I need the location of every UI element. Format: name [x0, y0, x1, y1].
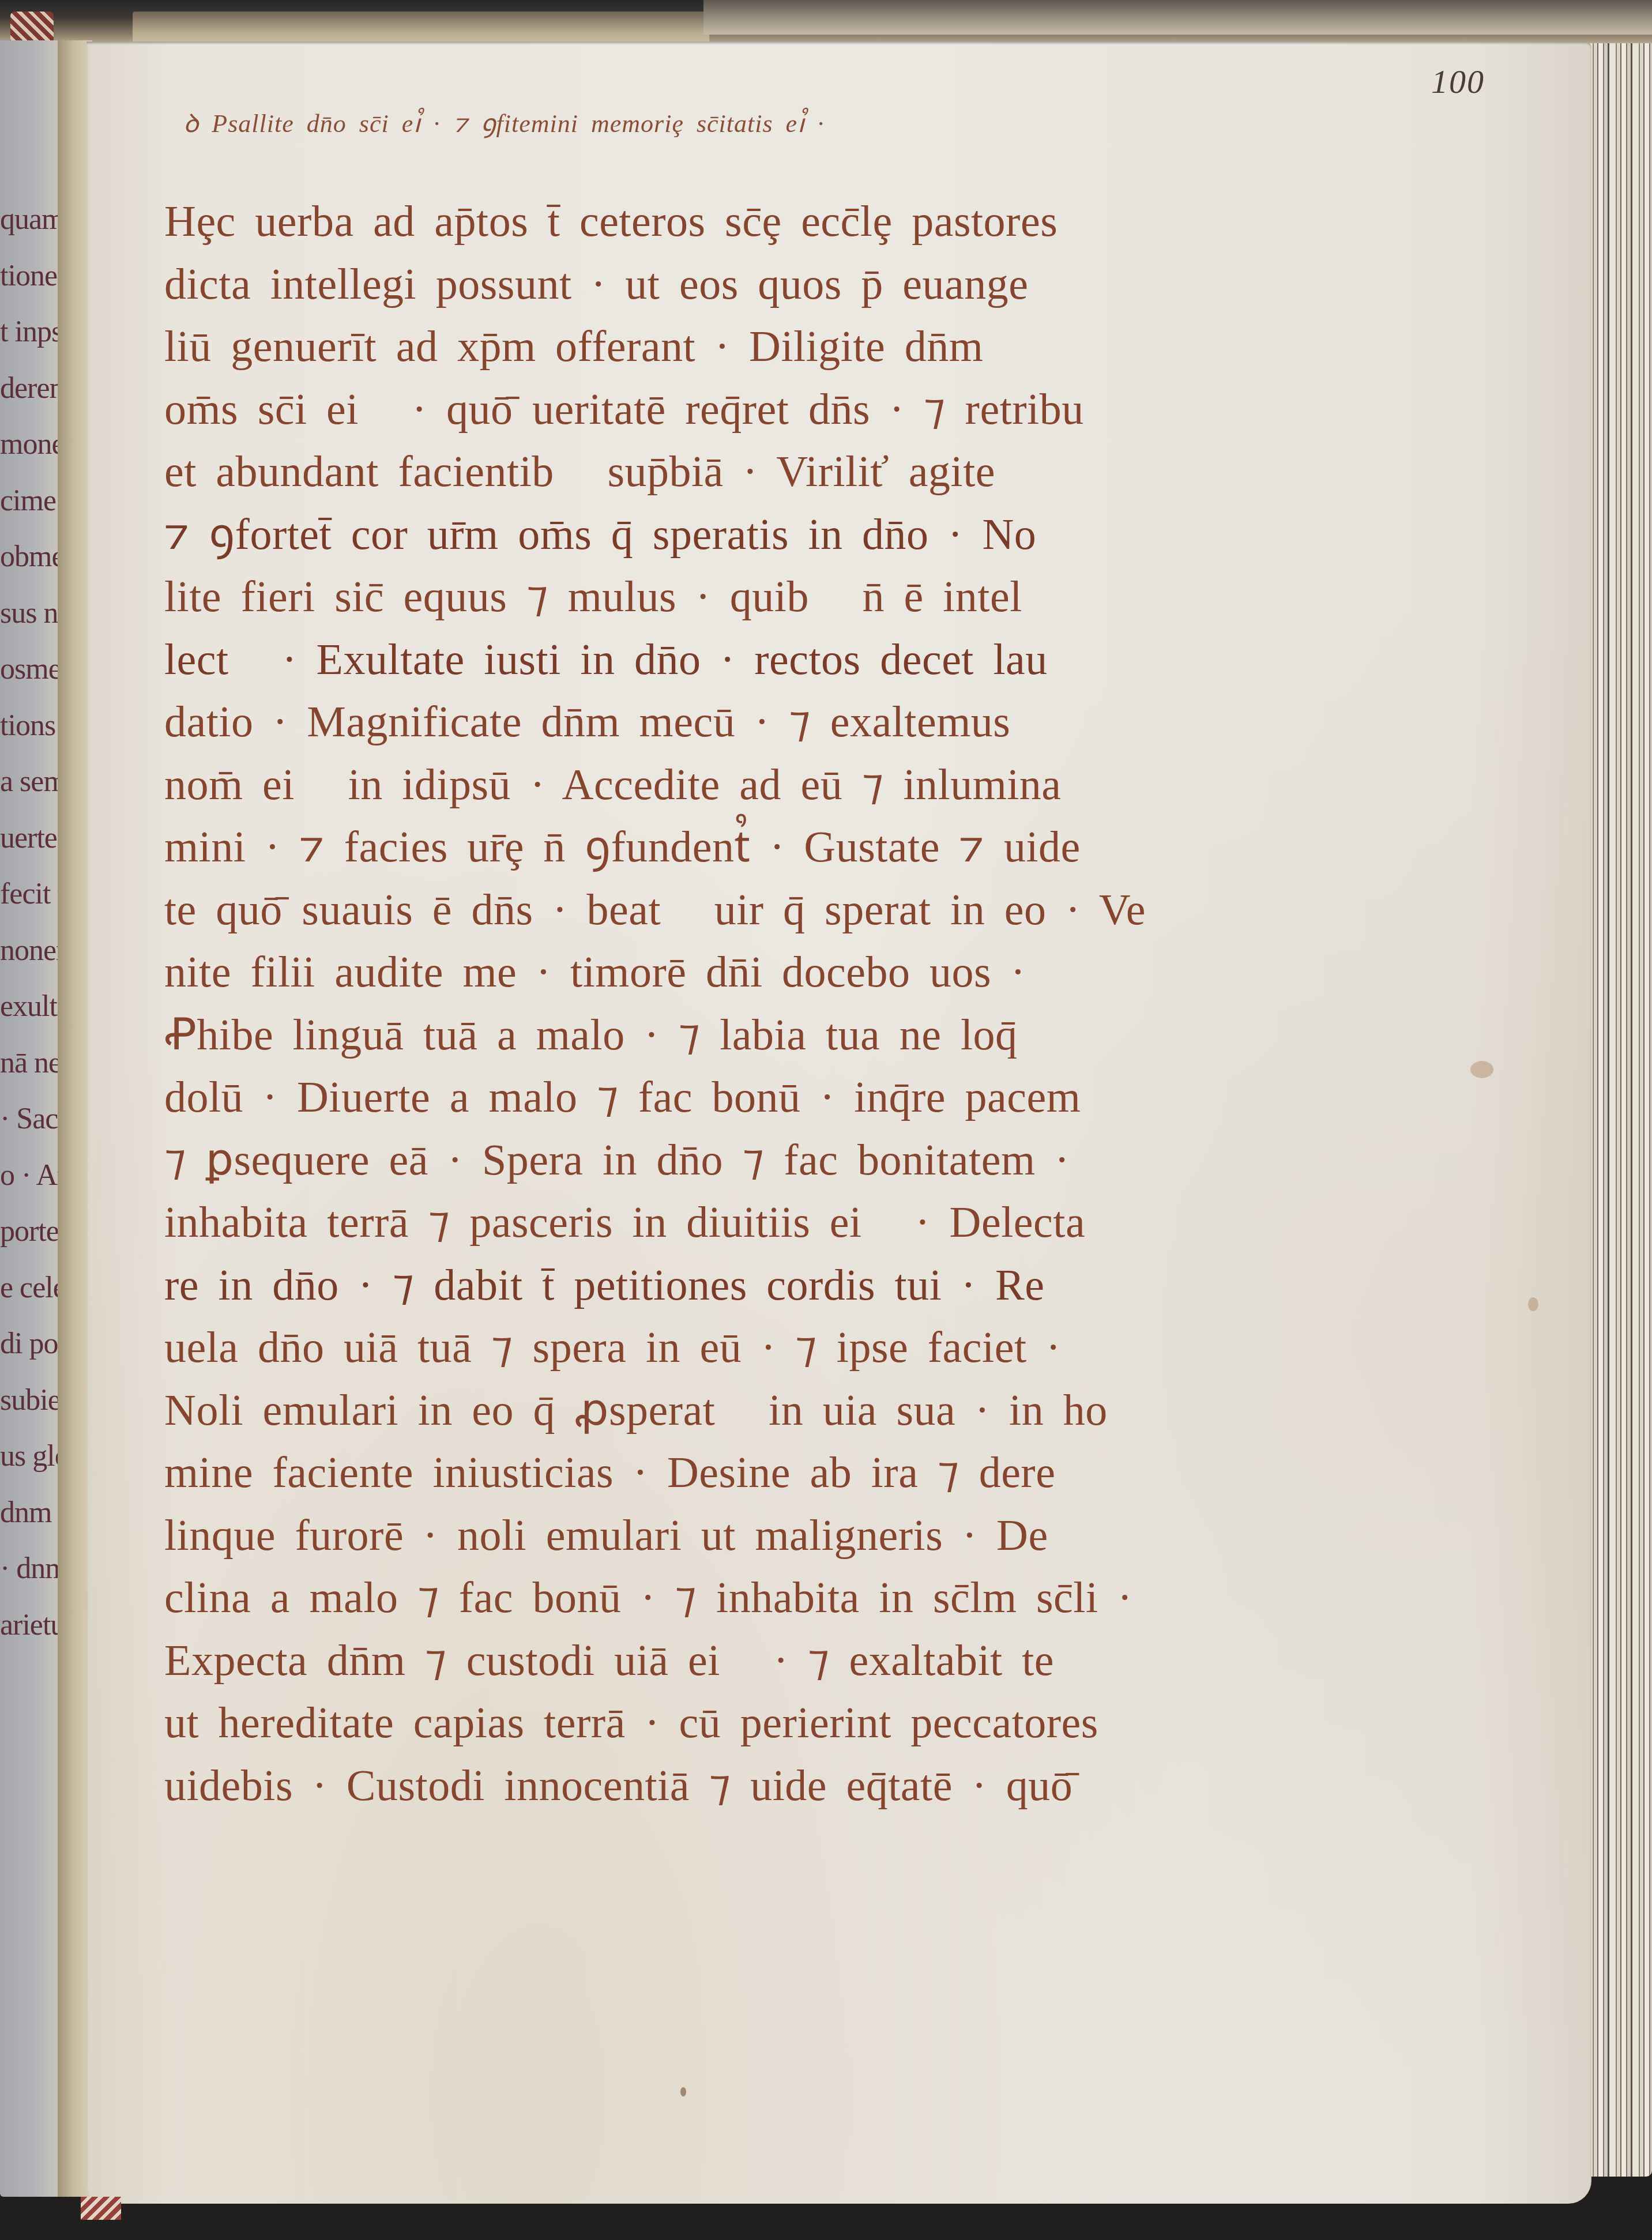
text-line: datio · Magnificate dn̄m mecū · ⁊ exalte… [164, 691, 1346, 754]
text-line: nite filii audite me · timorē dn̄i doceb… [164, 941, 1346, 1004]
text-line: mine faciente iniusticias · Desine ab ir… [164, 1441, 1346, 1504]
top-leaf-edges-right [703, 0, 1652, 35]
text-line: te quō̄ suauis ē dn̄s · beat᷒ uir q̄ spe… [164, 879, 1346, 942]
facing-line: subiectu [0, 1372, 60, 1429]
text-line: et abundant facientib᷒ sup̄biā · Viriliť… [164, 441, 1346, 503]
text-line: uela dn̄o uiā tuā ⁊ spera in eū · ⁊ ipse… [164, 1316, 1346, 1379]
facing-line: · dnm · N [0, 1541, 60, 1597]
text-line: Ꝓhibe linguā tuā a malo · ⁊ labia tua ne… [164, 1004, 1346, 1067]
facing-line: dnm · ur [0, 1485, 60, 1541]
text-line: re in dn̄o · ⁊ dabit t̄ petitiones cordi… [164, 1254, 1346, 1317]
facing-line: o · Attoll [0, 1147, 60, 1204]
facing-line: quami [0, 191, 60, 248]
facing-line: di porte [0, 1316, 60, 1372]
facing-line: tionec [0, 248, 60, 304]
facing-line: obmeup [0, 529, 60, 585]
folio-number: 100 [1431, 62, 1485, 101]
facing-line: uertere [0, 810, 60, 867]
main-text-block: Hȩc uerba ad ap̄tos t̄ ceteros sc̄ȩ ecc̄… [164, 190, 1346, 1817]
facing-line: · Sacrific [0, 1091, 60, 1147]
parchment-stain [1470, 1061, 1493, 1078]
facing-line: porte ei [0, 1203, 60, 1260]
facing-line: tions dic [0, 698, 60, 754]
text-line: ut hereditate capias terrā · cū perierin… [164, 1692, 1346, 1755]
text-line: ⁊ ꝑsequere eā · Spera in dn̄o ⁊ fac boni… [164, 1129, 1346, 1192]
facing-line: fecit tib [0, 866, 60, 923]
facing-line: t inpsal [0, 304, 60, 360]
text-line: lect᷒ · Exultate iusti in dn̄o · rectos … [164, 628, 1346, 691]
text-line: lite fieri sic̄ equus ⁊ mulus · quib᷒ n̄… [164, 566, 1346, 628]
fore-edge-leaf-stack [1585, 43, 1652, 2177]
facing-line: nā ne qu [0, 1035, 60, 1091]
text-line: ⁊ ꝯfortet̄ cor ur̄m om̄s q̄ speratis in … [164, 503, 1346, 566]
facing-line: nonendo [0, 923, 60, 979]
facing-line: arietum [0, 1597, 60, 1654]
rubric-running-line: ꝺ Psallite dn̄o sc̄i ei᷒ · ⁊ ꝯfitemini m… [183, 105, 824, 140]
text-line: nom̄ ei᷒ in idipsū · Accedite ad eū ⁊ in… [164, 754, 1346, 816]
facing-line: us glori [0, 1428, 60, 1485]
text-line: Expecta dn̄m ⁊ custodi uiā ei᷒ · ⁊ exalt… [164, 1629, 1346, 1692]
facing-line: sus non [0, 585, 60, 642]
text-line: clina a malo ⁊ fac bonū · ⁊ inhabita in … [164, 1567, 1346, 1629]
text-line: linque furorē · noli emulari ut maligner… [164, 1504, 1346, 1567]
text-line: Hȩc uerba ad ap̄tos t̄ ceteros sc̄ȩ ecc̄… [164, 190, 1346, 253]
facing-line: cime ad [0, 473, 60, 529]
text-line: Noli emulari in eo q̄ ꝓsperat᷒ in uia su… [164, 1379, 1346, 1442]
manuscript-scan: quami tionec t inpsal deremu monet cime … [0, 0, 1652, 2240]
text-line: dicta intellegi possunt · ut eos quos p̄… [164, 253, 1346, 316]
facing-page-text: quami tionec t inpsal deremu monet cime … [0, 191, 60, 1653]
facing-line: exultat [0, 978, 60, 1035]
facing-page-verso: quami tionec t inpsal deremu monet cime … [0, 40, 58, 2197]
facing-line: e celestiu [0, 1260, 60, 1316]
facing-line: deremu [0, 360, 60, 417]
facing-line: osmeup [0, 641, 60, 698]
parchment-stain [1528, 1297, 1538, 1311]
text-line: om̄s sc̄i ei᷒ · quō̄ ueritatē req̄ret dn… [164, 378, 1346, 441]
facing-line: a semetip [0, 754, 60, 810]
text-line: liū genuerīt ad xp̄m offerant · Diligite… [164, 315, 1346, 378]
text-line: inhabita terrā ⁊ pasceris in diuitiis ei… [164, 1191, 1346, 1254]
parchment-stain [680, 2087, 686, 2096]
top-leaf-edges [133, 12, 709, 43]
facing-line: monet [0, 416, 60, 473]
text-line: uidebis · Custodi innocentiā ⁊ uide eq̄t… [164, 1755, 1346, 1817]
text-line: mini · ⁊ facies ur̄ȩ n̄ ꝯfundent᷒ · Gust… [164, 816, 1346, 879]
text-line: dolū · Diuerte a malo ⁊ fac bonū · inq̄r… [164, 1066, 1346, 1129]
red-sprinkled-edge-bottom [81, 2197, 121, 2220]
